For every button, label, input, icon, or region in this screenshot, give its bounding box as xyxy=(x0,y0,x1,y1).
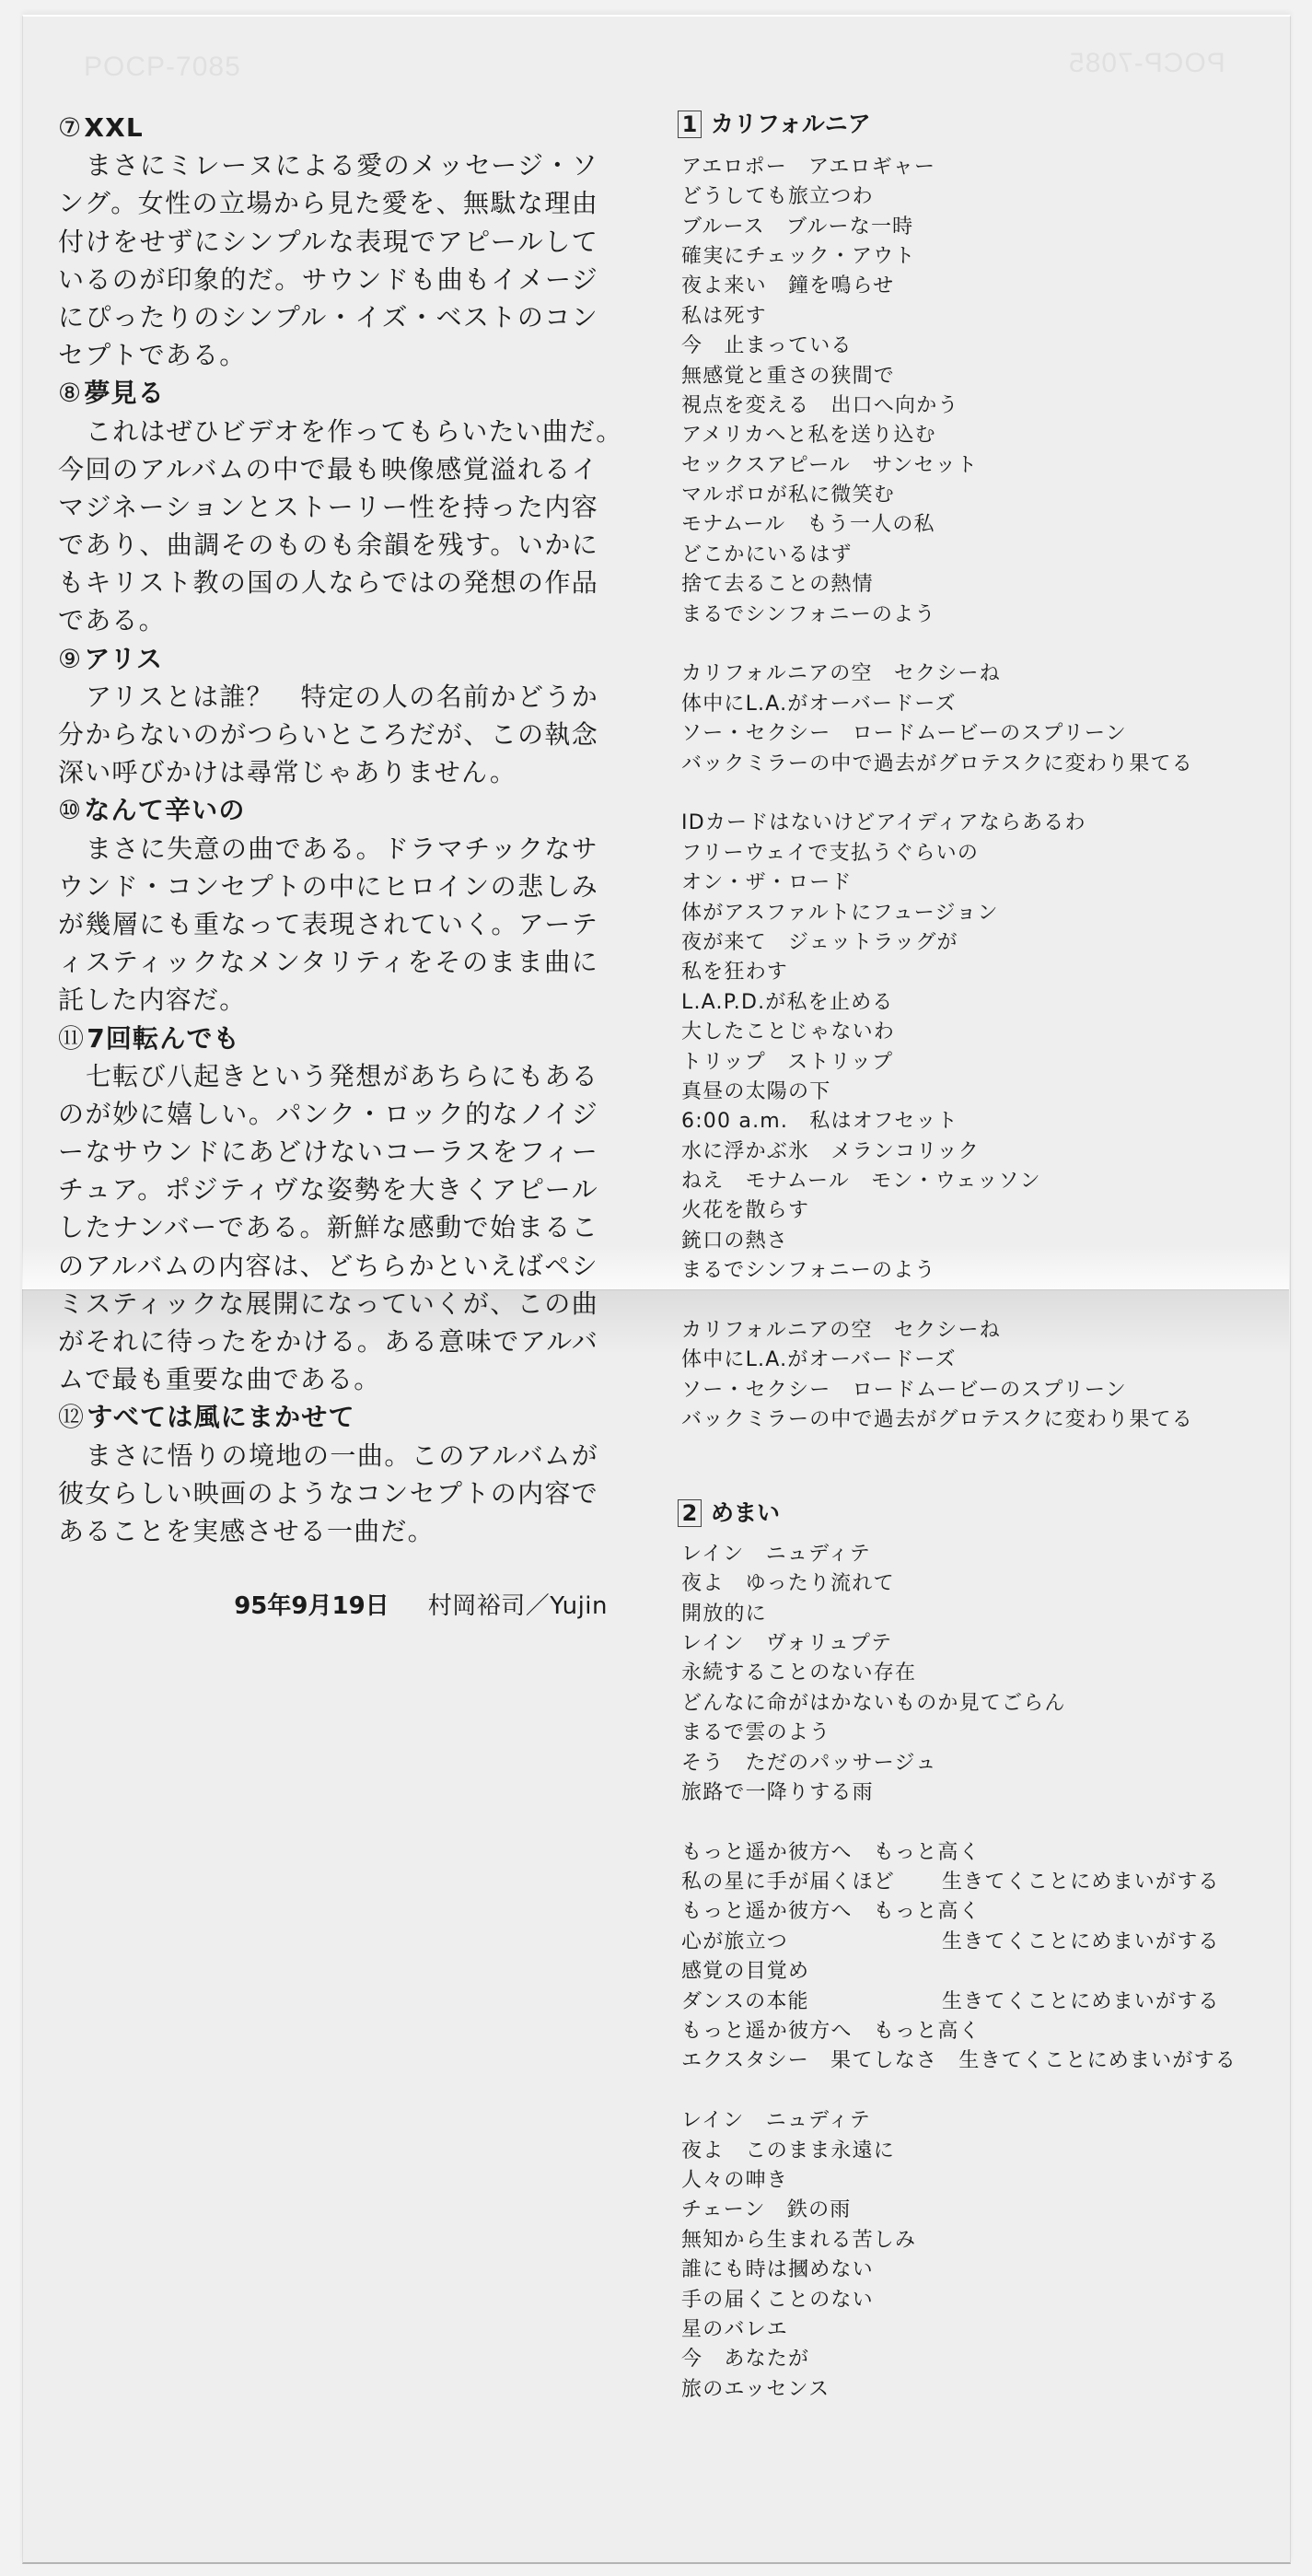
lyric-text: もっと遥か彼方へ もっと高く xyxy=(681,1900,981,1923)
song-lyrics: レイン ニュディテ 夜よ ゆったり流れて 開放的に レイン ヴォリュプテ 永続す… xyxy=(681,1540,1237,2405)
note-line: あることを実感させる一曲だ。 xyxy=(58,1512,598,1550)
note-line: 七転び八起きという発想があちらにもある xyxy=(58,1057,598,1095)
track-heading: ⑨アリス xyxy=(58,640,598,678)
track-title: 7回転んでも xyxy=(87,1023,240,1054)
lyric-text: 心が旅立つ xyxy=(681,1930,788,1953)
lyric-text: エクスタシー 果てしなさ 生きてくことにめまいがする xyxy=(681,2049,1237,2072)
lyric-line: 今 止まっている xyxy=(681,332,1193,361)
signature: 95年9月19日村岡裕司／Yujin xyxy=(58,1588,608,1626)
lyric-line: ねえ モナムール モン・ウェッソン xyxy=(681,1167,1193,1196)
track-title: アリス xyxy=(84,644,163,674)
stanza: IDカードはないけどアイディアならあるわ フリーウェイで支払うぐらいの オン・ザ… xyxy=(681,809,1193,1286)
lyric-line: 夜よ来い 鐘を鳴らせ xyxy=(681,272,1193,301)
track-heading: ⑫すべては風にまかせて xyxy=(58,1398,598,1436)
lyric-line: 誰にも時は摑めない xyxy=(681,2255,1237,2285)
note-line: にぴったりのシンプル・イズ・ベストのコン xyxy=(58,298,598,336)
note-line: 託した内容だ。 xyxy=(58,981,598,1019)
track-title: XXL xyxy=(84,112,144,143)
song-number-box: 2 xyxy=(678,1499,702,1527)
lyric-line: 6:00 a.m. 私はオフセット xyxy=(681,1107,1193,1136)
track-number: ⑫ xyxy=(58,1402,85,1432)
lyric-line: アエロポー アエロギャー xyxy=(681,153,1193,182)
lyric-line: 人々の呻き xyxy=(681,2166,1237,2196)
lyric-text: もっと遥か彼方へ もっと高く xyxy=(681,2020,981,2043)
lyric-line: 私を狂わす xyxy=(681,958,1193,987)
lyric-line: ダンスの本能生きてくことにめまいがする xyxy=(681,1987,1237,2017)
lyric-text: ダンスの本能 xyxy=(681,1990,809,2013)
note-line: まさにミレーヌによる愛のメッセージ・ソ xyxy=(58,146,598,184)
note-line: チュア。ポジティヴな姿勢を大きくアピール xyxy=(58,1171,598,1208)
lyric-line: エクスタシー 果てしなさ 生きてくことにめまいがする xyxy=(681,2046,1237,2076)
lyric-refrain: 生きてくことにめまいがする xyxy=(942,1868,1220,1897)
lyric-line: 永続することのない存在 xyxy=(681,1659,1237,1688)
lyric-line: バックミラーの中で過去がグロテスクに変わり果てる xyxy=(681,1405,1193,1435)
lyric-line: L.A.P.D.が私を止める xyxy=(681,988,1193,1018)
lyric-line: 大したことじゃないわ xyxy=(681,1018,1193,1047)
song-lyrics: アエロポー アエロギャー どうしても旅立つわ ブルース ブルーな一時 確実にチェ… xyxy=(681,153,1193,1436)
show-through-catalog-number-mirrored: POCP-7085 xyxy=(1068,48,1225,79)
lyric-line: 無感覚と重さの狭間で xyxy=(681,362,1193,391)
note-line: 彼女らしい映画のようなコンセプトの内容で xyxy=(58,1474,598,1512)
lyric-text: 感覚の目覚め xyxy=(681,1960,809,1983)
track-title: なんて辛いの xyxy=(84,795,245,825)
lyric-line: カリフォルニアの空 セクシーね xyxy=(681,659,1193,689)
note-line: ーなサウンドにあどけないコーラスをフィー xyxy=(58,1133,598,1171)
lyric-line: 体中にL.A.がオーバードーズ xyxy=(681,690,1193,719)
note-line: まさに悟りの境地の一曲。このアルバムが xyxy=(58,1437,598,1474)
lyric-line: 水に浮かぶ氷 メランコリック xyxy=(681,1137,1193,1167)
note-line: であり、曲調そのものも余韻を残す。いかに xyxy=(58,526,598,564)
lyric-line: そう ただのパッサージュ xyxy=(681,1749,1237,1778)
lyric-line: 手の届くことのない xyxy=(681,2286,1237,2315)
lyric-line: どこかにいるはず xyxy=(681,541,1193,570)
lyric-line: どうしても旅立つわ xyxy=(681,182,1193,212)
lyric-line: どんなに命がはかないものか見てごらん xyxy=(681,1689,1237,1719)
song-heading: 1 カリフォルニア xyxy=(678,110,871,139)
note-line: これはぜひビデオを作ってもらいたい曲だ。 xyxy=(58,413,598,450)
lyric-refrain: 生きてくことにめまいがする xyxy=(942,1987,1220,2017)
lyric-line: 開放的に xyxy=(681,1600,1237,1629)
lyric-line: レイン ヴォリュプテ xyxy=(681,1629,1237,1659)
lyric-line: まるでシンフォニーのよう xyxy=(681,600,1193,630)
lyric-line: レイン ニュディテ xyxy=(681,2106,1237,2136)
lyric-line: 銃口の熱さ xyxy=(681,1227,1193,1256)
lyric-line: 体がアスファルトにフュージョン xyxy=(681,899,1193,928)
lyric-line: アメリカへと私を送り込む xyxy=(681,421,1193,450)
note-line: がそれに待ったをかける。ある意味でアルバ xyxy=(58,1323,598,1360)
lyric-line: 無知から生まれる苦しみ xyxy=(681,2226,1237,2255)
note-line: ウンド・コンセプトの中にヒロインの悲しみ xyxy=(58,868,598,905)
track-number: ⑦ xyxy=(58,112,82,143)
song-title: めまい xyxy=(711,1498,780,1528)
note-line: ィスティックなメンタリティをそのまま曲に xyxy=(58,943,598,981)
lyric-line: 視点を変える 出口へ向かう xyxy=(681,391,1193,421)
lyric-line: 夜が来て ジェットラッグが xyxy=(681,928,1193,958)
lyric-text: 私の星に手が届くほど xyxy=(681,1871,895,1894)
lyric-line: 火花を散らす xyxy=(681,1196,1193,1226)
lyric-line: もっと遥か彼方へ もっと高く xyxy=(681,1897,1237,1927)
lyric-line: モナムール もう一人の私 xyxy=(681,510,1193,540)
note-line: まさに失意の曲である。ドラマチックなサ xyxy=(58,830,598,868)
lyric-line: もっと遥か彼方へ もっと高く xyxy=(681,2017,1237,2046)
track-title: すべては風にまかせて xyxy=(87,1402,354,1432)
spacer xyxy=(58,1550,598,1588)
stanza: レイン ニュディテ 夜よ ゆったり流れて 開放的に レイン ヴォリュプテ 永続す… xyxy=(681,1540,1237,1809)
liner-notes: ⑦XXL まさにミレーヌによる愛のメッセージ・ソ ング。女性の立場から見た愛を、… xyxy=(58,109,598,1626)
note-line: ムで最も重要な曲である。 xyxy=(58,1360,598,1398)
track-number: ⑪ xyxy=(58,1023,85,1054)
track-heading: ⑦XXL xyxy=(58,109,598,146)
note-line: セプトである。 xyxy=(58,336,598,374)
stanza: レイン ニュディテ 夜よ このまま永遠に 人々の呻き チェーン 鉄の雨 無知から… xyxy=(681,2106,1237,2405)
signature-date: 95年9月19日 xyxy=(234,1592,389,1620)
note-line: 付けをせずにシンプルな表現でアピールして xyxy=(58,223,598,261)
note-line: である。 xyxy=(58,601,598,639)
lyric-line: トリップ ストリップ xyxy=(681,1048,1193,1078)
lyric-line: 私の星に手が届くほど生きてくことにめまいがする xyxy=(681,1868,1237,1897)
note-line: のが妙に嬉しい。パンク・ロック的なノイジ xyxy=(58,1095,598,1133)
track-heading: ⑪7回転んでも xyxy=(58,1020,598,1057)
note-line: が幾層にも重なって表現されていく。アーテ xyxy=(58,905,598,943)
lyric-refrain: 生きてくことにめまいがする xyxy=(942,1928,1220,1957)
lyric-line: セックスアピール サンセット xyxy=(681,451,1193,481)
lyric-line: まるで雲のよう xyxy=(681,1719,1237,1748)
track-number: ⑩ xyxy=(58,795,82,825)
note-line: マジネーションとストーリー性を持った内容 xyxy=(58,488,598,526)
lyric-line: ブルース ブルーな一時 xyxy=(681,213,1193,242)
lyric-line: 旅路で一降りする雨 xyxy=(681,1778,1237,1808)
note-line: いるのが印象的だ。サウンドも曲もイメージ xyxy=(58,261,598,298)
note-line: 今回のアルバムの中で最も映像感覚溢れるイ xyxy=(58,450,598,488)
show-through-catalog-number: POCP-7085 xyxy=(84,52,241,83)
lyric-line: 私は死す xyxy=(681,302,1193,332)
track-heading: ⑩なんて辛いの xyxy=(58,791,598,829)
lyric-line: フリーウェイで支払うぐらいの xyxy=(681,839,1193,868)
track-title: 夢見る xyxy=(84,378,165,408)
lyric-line: 夜よ このまま永遠に xyxy=(681,2137,1237,2166)
stanza: カリフォルニアの空 セクシーね 体中にL.A.がオーバードーズ ソー・セクシー … xyxy=(681,1316,1193,1436)
lyric-line: 体中にL.A.がオーバードーズ xyxy=(681,1346,1193,1375)
note-line: ミスティックな展開になっていくが、この曲 xyxy=(58,1285,598,1323)
note-line: 分からないのがつらいところだが、この執念 xyxy=(58,716,598,753)
stanza: もっと遥か彼方へ もっと高く 私の星に手が届くほど生きてくことにめまいがする も… xyxy=(681,1838,1237,2077)
note-line: 深い呼びかけは尋常じゃありません。 xyxy=(58,753,598,791)
song-heading: 2 めまい xyxy=(678,1498,780,1528)
lyric-line: オン・ザ・ロード xyxy=(681,868,1193,898)
song-title: カリフォルニア xyxy=(711,110,871,139)
track-number: ⑨ xyxy=(58,644,82,674)
lyric-line: まるでシンフォニーのよう xyxy=(681,1256,1193,1286)
note-line: アリスとは誰？ 特定の人の名前かどうか xyxy=(58,678,598,716)
note-line: したナンバーである。新鮮な感動で始まるこ xyxy=(58,1208,598,1246)
lyric-line: 旅のエッセンス xyxy=(681,2375,1237,2405)
lyric-line: 今 あなたが xyxy=(681,2345,1237,2374)
lyric-line: レイン ニュディテ xyxy=(681,1540,1237,1569)
lyric-line: IDカードはないけどアイディアならあるわ xyxy=(681,809,1193,838)
signature-author: 村岡裕司／Yujin xyxy=(428,1592,608,1620)
lyric-line: 心が旅立つ生きてくことにめまいがする xyxy=(681,1928,1237,1957)
lyric-line: 捨て去ることの熱情 xyxy=(681,570,1193,600)
lyric-line: チェーン 鉄の雨 xyxy=(681,2196,1237,2225)
lyric-line: カリフォルニアの空 セクシーね xyxy=(681,1316,1193,1346)
stanza: アエロポー アエロギャー どうしても旅立つわ ブルース ブルーな一時 確実にチェ… xyxy=(681,153,1193,630)
track-heading: ⑧夢見る xyxy=(58,374,598,412)
lyric-line: 夜よ ゆったり流れて xyxy=(681,1569,1237,1599)
note-line: もキリスト教の国の人ならではの発想の作品 xyxy=(58,564,598,601)
lyric-line: マルボロが私に微笑む xyxy=(681,481,1193,510)
lyric-line: バックミラーの中で過去がグロテスクに変わり果てる xyxy=(681,750,1193,779)
song-number-box: 1 xyxy=(678,111,702,138)
note-line: ング。女性の立場から見た愛を、無駄な理由 xyxy=(58,184,598,222)
lyric-line: ソー・セクシー ロードムービーのスプリーン xyxy=(681,719,1193,749)
lyric-text: もっと遥か彼方へ もっと高く xyxy=(681,1841,981,1864)
lyric-line: 確実にチェック・アウト xyxy=(681,242,1193,272)
stanza: カリフォルニアの空 セクシーね 体中にL.A.がオーバードーズ ソー・セクシー … xyxy=(681,659,1193,779)
lyric-line: 星のバレエ xyxy=(681,2315,1237,2345)
lyric-line: 真昼の太陽の下 xyxy=(681,1078,1193,1107)
note-line: のアルバムの内容は、どちらかといえばペシ xyxy=(58,1247,598,1285)
lyric-line: 感覚の目覚め xyxy=(681,1957,1237,1987)
lyric-line: もっと遥か彼方へ もっと高く xyxy=(681,1838,1237,1868)
track-number: ⑧ xyxy=(58,378,82,408)
lyric-line: ソー・セクシー ロードムービーのスプリーン xyxy=(681,1376,1193,1405)
